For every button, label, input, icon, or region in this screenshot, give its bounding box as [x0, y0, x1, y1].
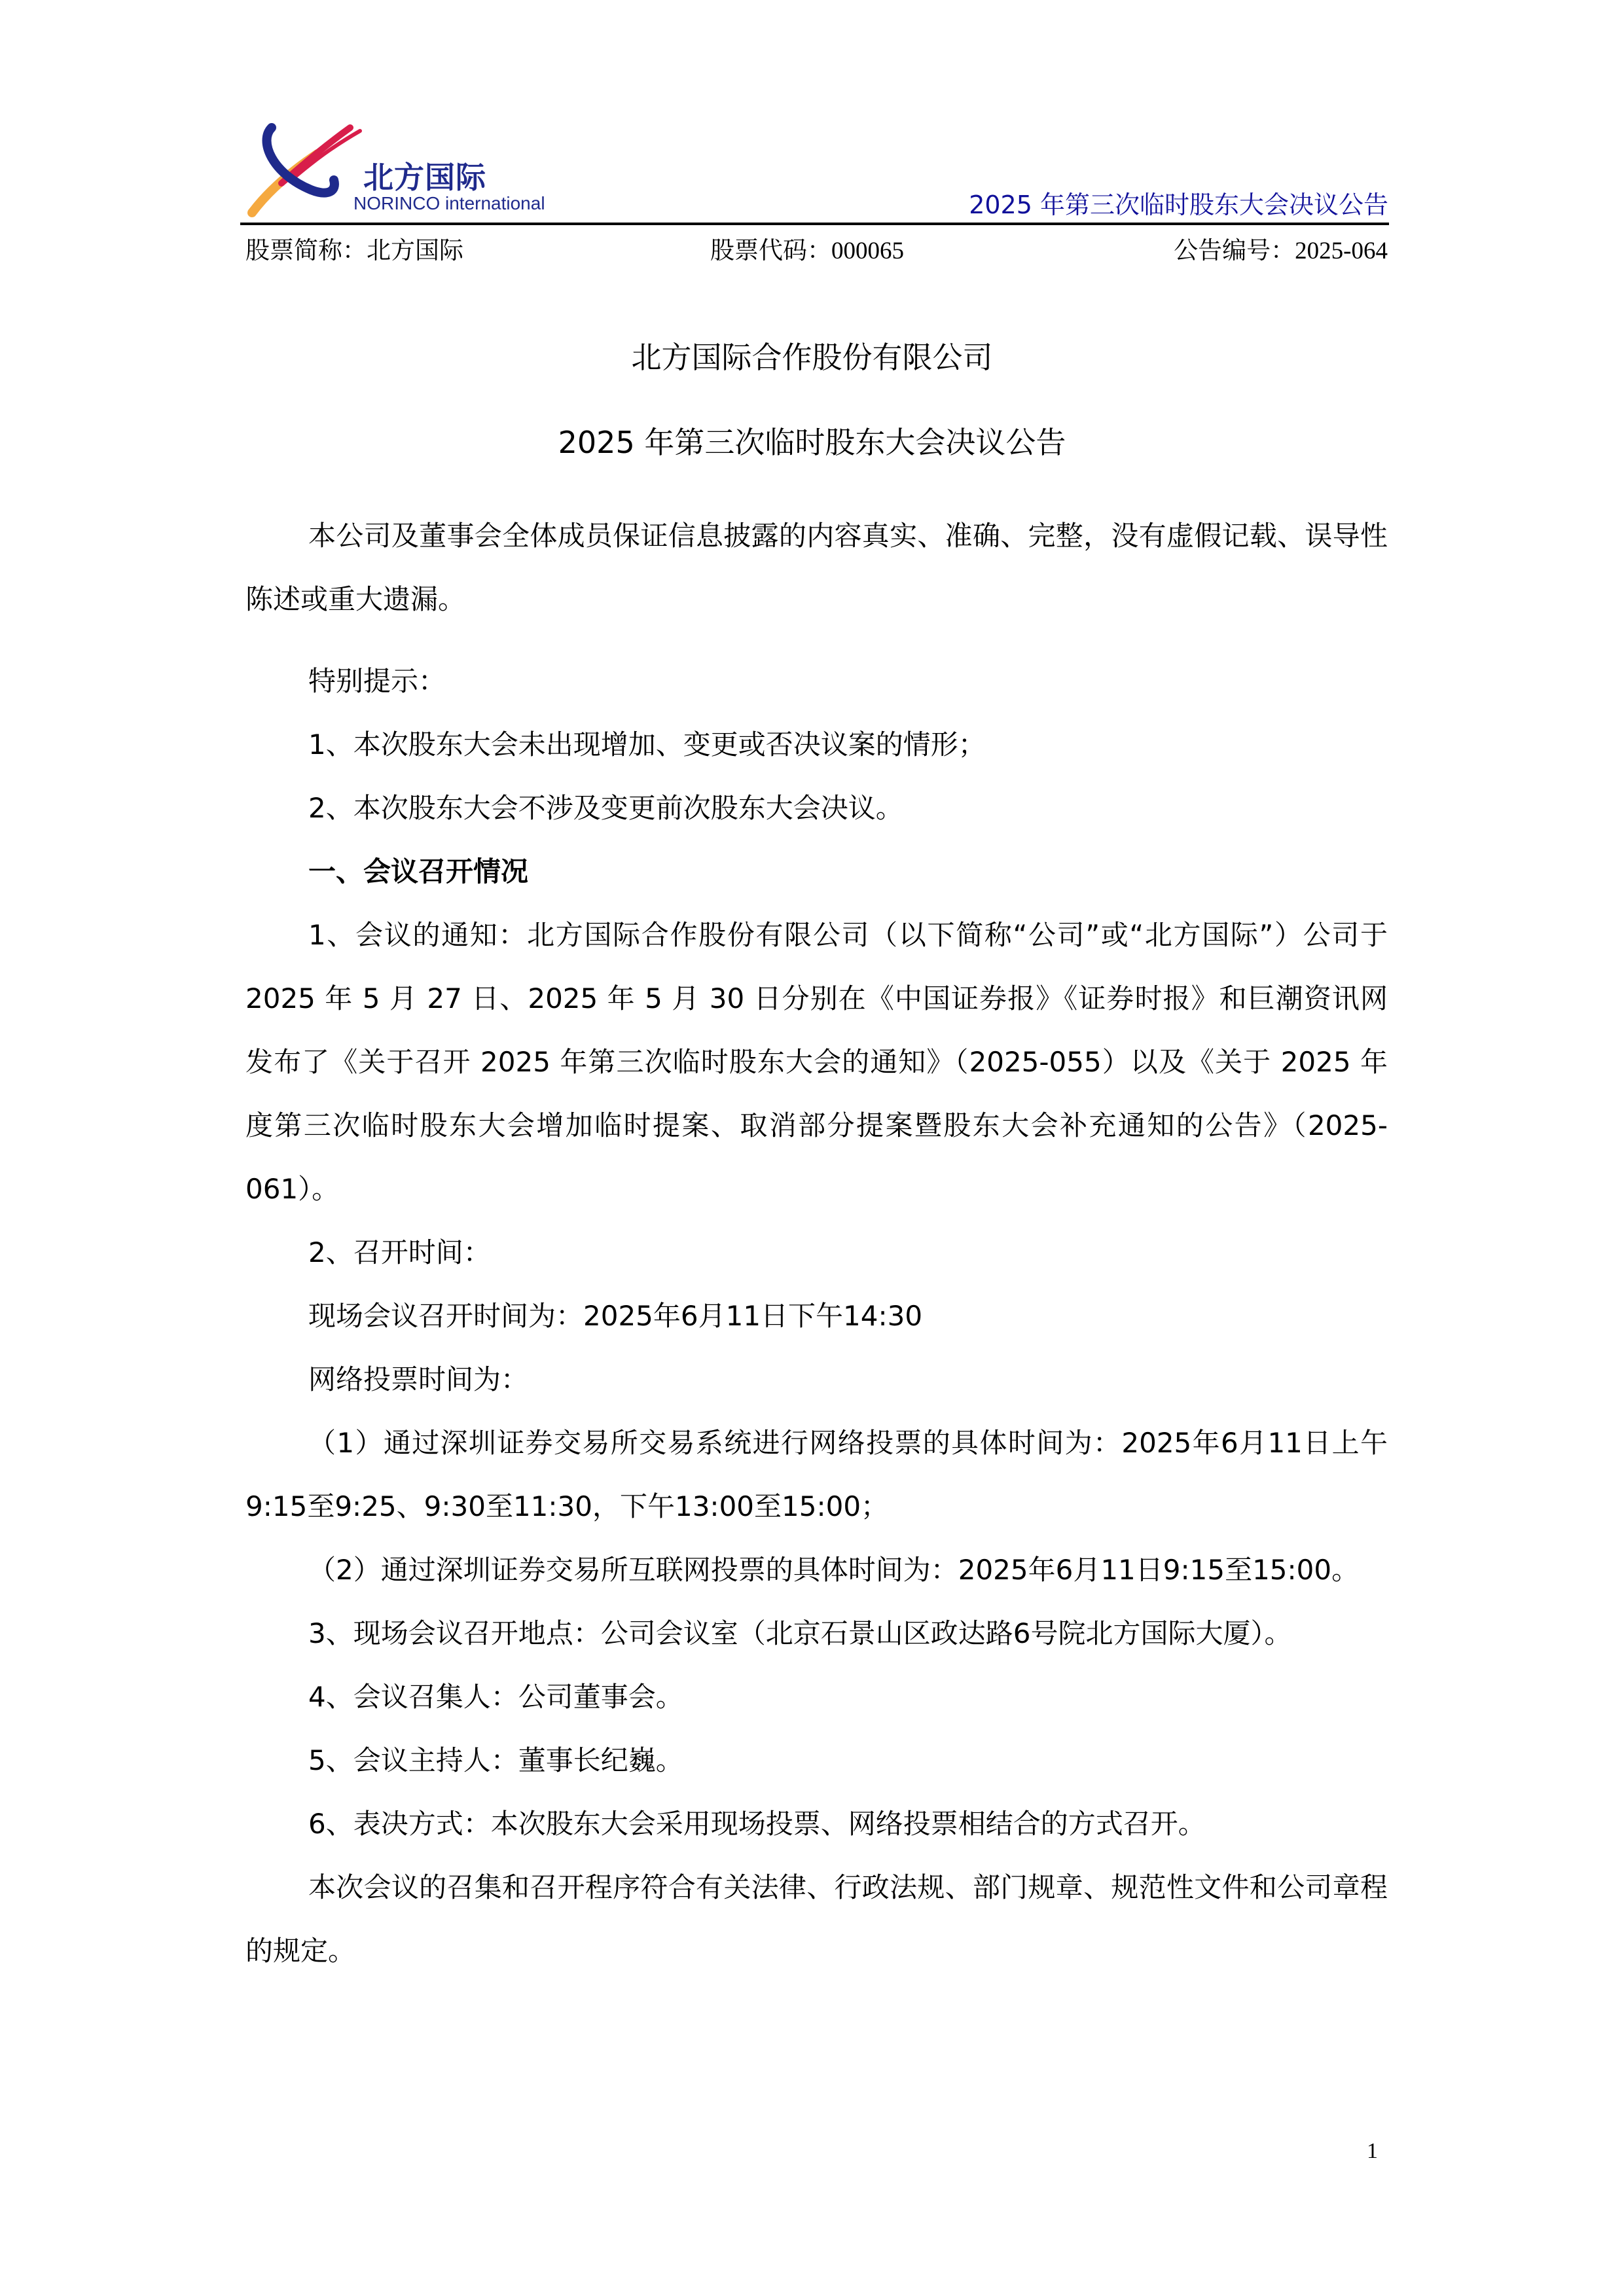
onsite-meeting-time: 现场会议召开时间为：2025年6月11日下午14:30 — [245, 1284, 1388, 1348]
online-voting-heading: 网络投票时间为： — [245, 1348, 1388, 1411]
stock-info-row: 股票简称：北方国际 股票代码：000065 公告编号：2025-064 — [245, 230, 1388, 263]
meeting-time-heading: 2、召开时间： — [245, 1221, 1388, 1284]
company-name-title: 北方国际合作股份有限公司 — [0, 334, 1624, 377]
page-number: 1 — [1367, 2139, 1378, 2164]
header-divider — [240, 223, 1389, 225]
meeting-location: 3、现场会议召开地点：公司会议室（北京石景山区政达路6号院北方国际大厦）。 — [245, 1602, 1388, 1665]
document-page: 北方国际 NORINCO international 2025 年第三次临时股东… — [0, 0, 1624, 2296]
announcement-number: 公告编号：2025-064 — [1174, 230, 1388, 266]
document-title: 2025 年第三次临时股东大会决议公告 — [0, 419, 1624, 462]
meeting-host: 5、会议主持人：董事长纪巍。 — [245, 1729, 1388, 1792]
online-voting-trading-system: （1）通过深圳证券交易所交易系统进行网络投票的具体时间为：2025年6月11日上… — [245, 1411, 1388, 1538]
special-notes-heading: 特别提示： — [245, 649, 1388, 713]
section-heading-meeting: 一、会议召开情况 — [245, 840, 1388, 903]
online-voting-internet: （2）通过深圳证券交易所互联网投票的具体时间为：2025年6月11日9:15至1… — [245, 1538, 1388, 1602]
voting-method: 6、表决方式：本次股东大会采用现场投票、网络投票相结合的方式召开。 — [245, 1792, 1388, 1856]
logo-text-cn: 北方国际 — [363, 154, 486, 197]
compliance-statement: 本次会议的召集和召开程序符合有关法律、行政法规、部门规章、规范性文件和公司章程的… — [245, 1856, 1388, 1982]
company-logo: 北方国际 NORINCO international — [245, 115, 547, 219]
document-body: 本公司及董事会全体成员保证信息披露的内容真实、准确、完整，没有虚假记载、误导性陈… — [245, 504, 1388, 1982]
disclaimer-paragraph: 本公司及董事会全体成员保证信息披露的内容真实、准确、完整，没有虚假记载、误导性陈… — [245, 504, 1388, 631]
running-header-title: 2025 年第三次临时股东大会决议公告 — [969, 185, 1388, 221]
stock-short-name: 股票简称：北方国际 — [245, 230, 463, 266]
special-note-item: 1、本次股东大会未出现增加、变更或否决议案的情形； — [245, 713, 1388, 776]
meeting-convener: 4、会议召集人：公司董事会。 — [245, 1665, 1388, 1729]
special-note-item: 2、本次股东大会不涉及变更前次股东大会决议。 — [245, 776, 1388, 840]
logo-text-en: NORINCO international — [353, 193, 545, 214]
stock-code: 股票代码：000065 — [710, 230, 904, 266]
norinco-swoosh-icon — [245, 115, 363, 219]
meeting-notice-paragraph: 1、会议的通知：北方国际合作股份有限公司（以下简称“公司”或“北方国际”）公司于… — [245, 903, 1388, 1221]
